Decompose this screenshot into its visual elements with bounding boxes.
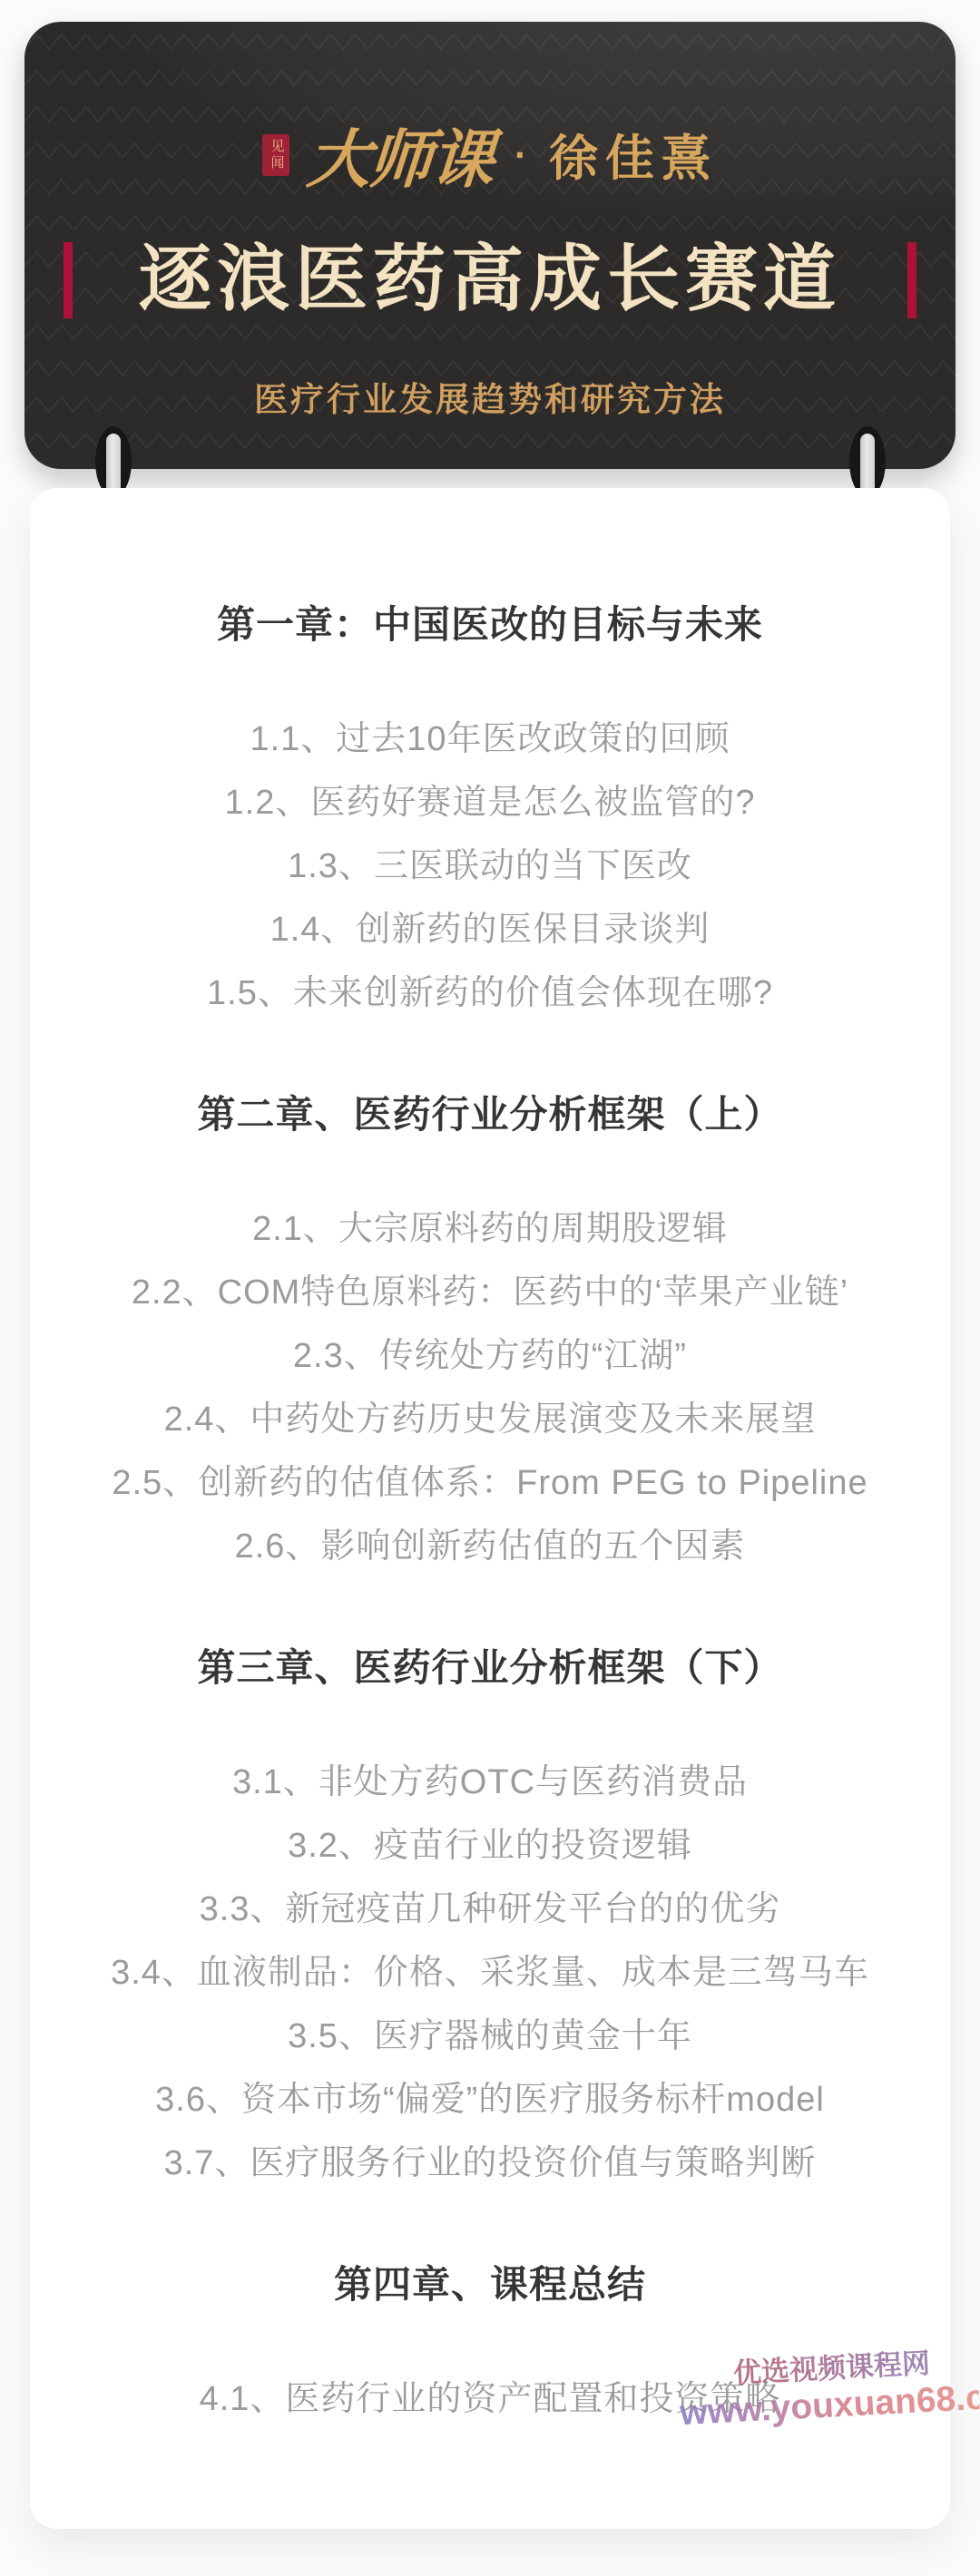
- instructor-name: 徐佳熹: [549, 120, 718, 190]
- brand-separator-dot: ·: [511, 133, 531, 177]
- outline-item: 1.3、三医联动的当下医改: [30, 834, 950, 898]
- course-title: 逐浪医药高成长赛道: [24, 233, 955, 324]
- chapter-heading: 第三章、医药行业分析框架（下）: [30, 1636, 950, 1700]
- outline-section: 第二章、医药行业分析框架（上） 2.1、大宗原料药的周期股逻辑2.2、COM特色…: [30, 1083, 950, 1578]
- outline-item: 1.5、未来创新药的价值会体现在哪?: [30, 961, 950, 1025]
- outline-item: 3.6、资本市场“偏爱”的医疗服务标杆model: [30, 2068, 950, 2132]
- outline-item: 3.2、疫苗行业的投资逻辑: [30, 1814, 950, 1878]
- outline-item: 4.1、医药行业的资产配置和投资策略: [30, 2367, 950, 2431]
- outline-item: 2.1、大宗原料药的周期股逻辑: [30, 1197, 950, 1261]
- brand-seal: 见闻: [262, 134, 289, 176]
- title-accent-bar-right: [907, 242, 916, 318]
- header-card: 见闻 大师课 · 徐佳熹 逐浪医药高成长赛道 医疗行业发展趋势和研究方法: [24, 22, 955, 469]
- outline-item: 3.1、非处方药OTC与医药消费品: [30, 1751, 950, 1814]
- title-accent-bar-left: [64, 242, 73, 318]
- outline-item: 3.7、医疗服务行业的投资价值与策略判断: [30, 2132, 950, 2195]
- chapter-heading: 第一章：中国医改的目标与未来: [30, 593, 950, 657]
- course-outline: 第一章：中国医改的目标与未来 1.1、过去10年医改政策的回顾1.2、医药好赛道…: [30, 488, 950, 2431]
- outline-item: 3.3、新冠疫苗几种研发平台的的优劣: [30, 1878, 950, 1941]
- brand-row: 见闻 大师课 · 徐佳熹: [24, 109, 955, 200]
- outline-item: 3.5、医疗器械的黄金十年: [30, 2005, 950, 2068]
- brand-logo: 大师课: [304, 109, 495, 200]
- outline-section: 第四章、课程总结 4.1、医药行业的资产配置和投资策略: [30, 2253, 950, 2431]
- outline-item: 1.4、创新药的医保目录谈判: [30, 898, 950, 961]
- outline-item: 2.4、中药处方药历史发展演变及未来展望: [30, 1388, 950, 1451]
- outline-item: 1.2、医药好赛道是怎么被监管的?: [30, 771, 950, 834]
- outline-item: 2.2、COM特色原料药：医药中的‘苹果产业链’: [30, 1261, 950, 1324]
- outline-item: 2.3、传统处方药的“江湖”: [30, 1324, 950, 1388]
- outline-item: 3.4、血液制品：价格、采浆量、成本是三驾马车: [30, 1941, 950, 2005]
- chapter-heading: 第二章、医药行业分析框架（上）: [30, 1083, 950, 1147]
- outline-item: 2.5、创新药的估值体系：From PEG to Pipeline: [30, 1451, 950, 1515]
- outline-item: 2.6、影响创新药估值的五个因素: [30, 1515, 950, 1578]
- course-poster-page: 见闻 大师课 · 徐佳熹 逐浪医药高成长赛道 医疗行业发展趋势和研究方法 第一章…: [0, 0, 980, 2576]
- title-row: 逐浪医药高成长赛道: [24, 233, 955, 324]
- course-subtitle: 医疗行业发展趋势和研究方法: [24, 372, 955, 421]
- outline-section: 第三章、医药行业分析框架（下） 3.1、非处方药OTC与医药消费品3.2、疫苗行…: [30, 1636, 950, 2195]
- chapter-heading: 第四章、课程总结: [30, 2253, 950, 2317]
- content-card: 第一章：中国医改的目标与未来 1.1、过去10年医改政策的回顾1.2、医药好赛道…: [30, 488, 950, 2529]
- outline-item: 1.1、过去10年医改政策的回顾: [30, 707, 950, 771]
- outline-section: 第一章：中国医改的目标与未来 1.1、过去10年医改政策的回顾1.2、医药好赛道…: [30, 593, 950, 1025]
